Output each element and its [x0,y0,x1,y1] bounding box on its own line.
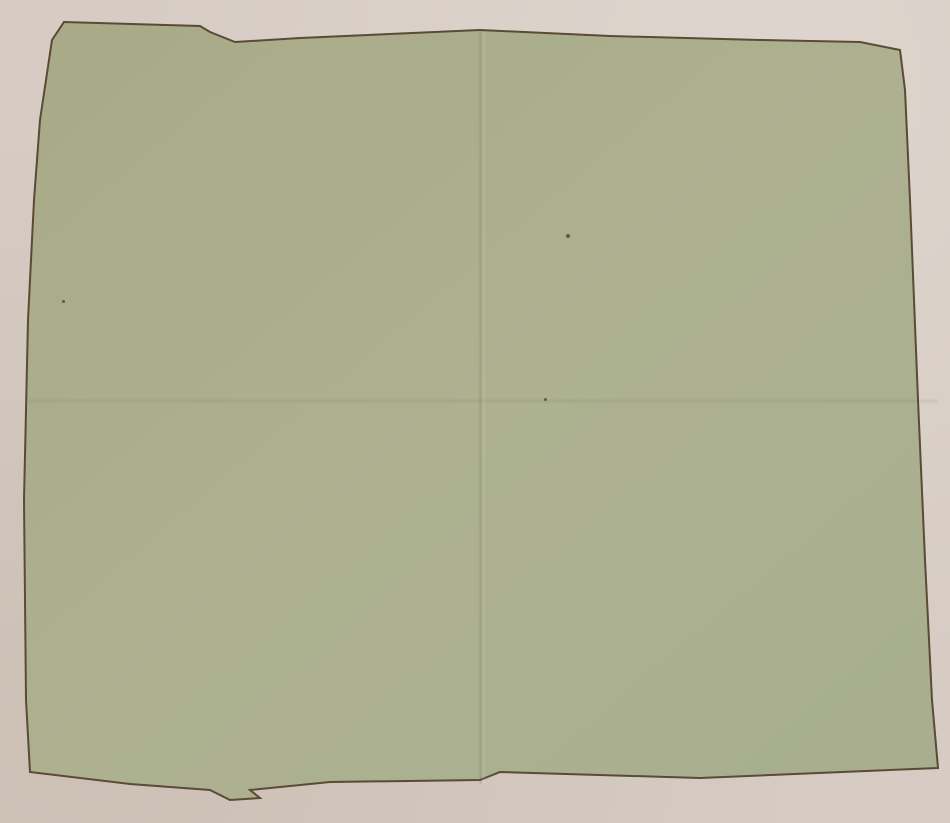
vertical-fold-line [478,32,486,784]
ink-spot [62,300,65,303]
ink-spot [544,398,547,401]
paper-sheet [0,0,950,823]
ink-spot [566,234,570,238]
horizontal-fold-line [28,398,938,404]
paper-outline [0,0,950,823]
